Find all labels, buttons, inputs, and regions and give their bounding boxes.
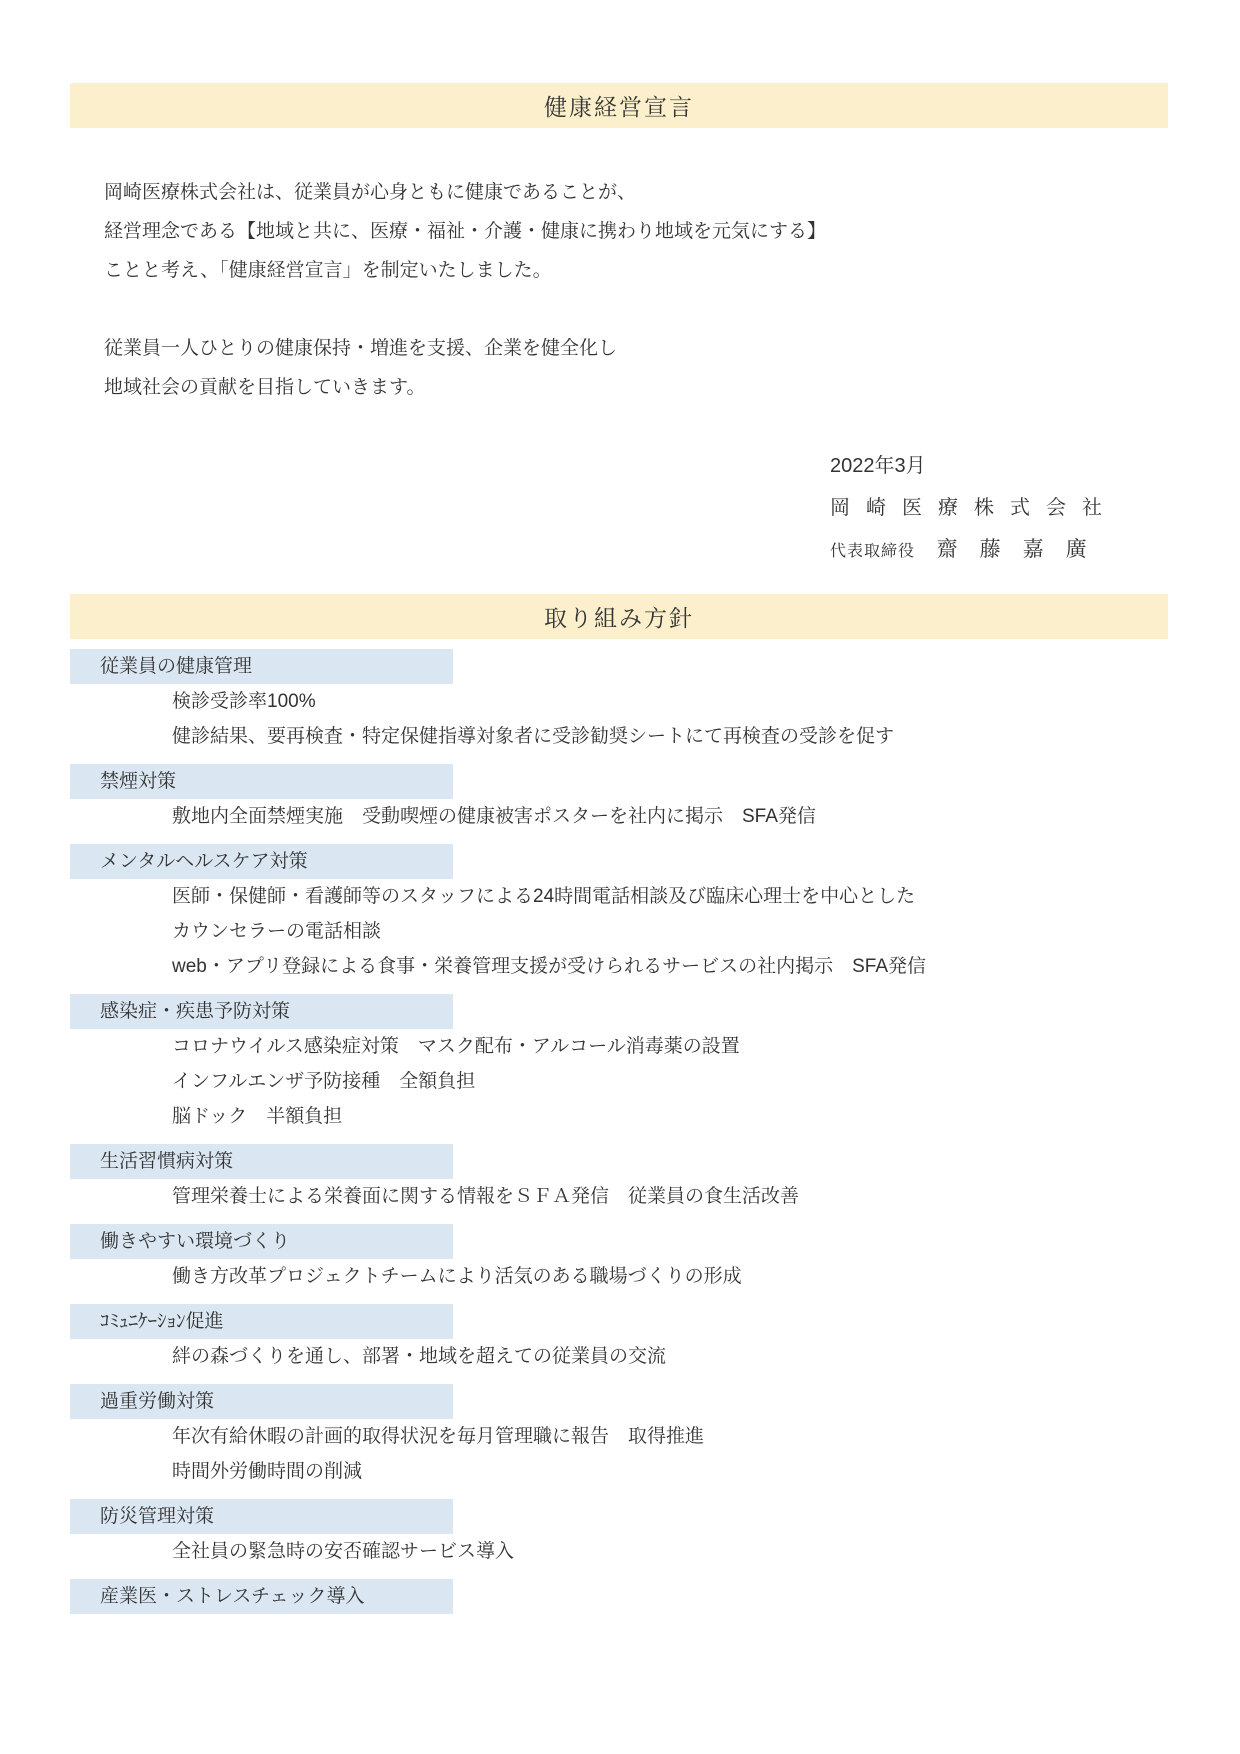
policy-section: 働きやすい環境づくり働き方改革プロジェクトチームにより活気のある職場づくりの形成: [70, 1224, 1240, 1294]
declaration-banner: 健康経営宣言: [70, 83, 1168, 128]
policy-section-item: 働き方改革プロジェクトチームにより活気のある職場づくりの形成: [172, 1259, 1240, 1294]
policy-section: 生活習慣病対策管理栄養士による栄養面に関する情報をＳＦＡ発信 従業員の食生活改善: [70, 1144, 1240, 1214]
policy-section-heading: ｺﾐｭﾆｹｰｼｮﾝ促進: [70, 1304, 453, 1339]
policy-section-item: 敷地内全面禁煙実施 受動喫煙の健康被害ポスターを社内に掲示 SFA発信: [172, 799, 1240, 834]
page: 健康経営宣言 岡崎医療株式会社は、従業員が心身ともに健康であることが、 経営理念…: [0, 0, 1240, 1754]
policy-section-item: 検診受診率100%: [172, 684, 1240, 719]
policy-section-item: web・アプリ登録による食事・栄養管理支援が受けられるサービスの社内掲示 SFA…: [172, 949, 1240, 984]
signature-role-line: 代表取締役 齋藤嘉廣: [830, 529, 1240, 573]
signature-role: 代表取締役: [830, 543, 915, 560]
policy-section: 過重労働対策年次有給休暇の計画的取得状況を毎月管理職に報告 取得推進時間外労働時…: [70, 1384, 1240, 1489]
policy-list: 従業員の健康管理検診受診率100%健診結果、要再検査・特定保健指導対象者に受診勧…: [70, 649, 1240, 1614]
policy-section-heading: 従業員の健康管理: [70, 649, 453, 684]
policy-section-heading: メンタルヘルスケア対策: [70, 844, 453, 879]
policy-banner: 取り組み方針: [70, 594, 1168, 639]
policy-section: 禁煙対策敷地内全面禁煙実施 受動喫煙の健康被害ポスターを社内に掲示 SFA発信: [70, 764, 1240, 834]
policy-section: 感染症・疾患予防対策コロナウイルス感染症対策 マスク配布・アルコール消毒薬の設置…: [70, 994, 1240, 1134]
policy-section-heading: 禁煙対策: [70, 764, 453, 799]
policy-section-item: 脳ドック 半額負担: [172, 1099, 1240, 1134]
declaration-line: ことと考え、「健康経営宣言」を制定いたしました。: [104, 260, 552, 281]
policy-section-item: インフルエンザ予防接種 全額負担: [172, 1064, 1240, 1099]
declaration-line: 岡崎医療株式会社は、従業員が心身ともに健康であることが、: [104, 182, 636, 203]
policy-section-item: 年次有給休暇の計画的取得状況を毎月管理職に報告 取得推進: [172, 1419, 1240, 1454]
policy-section-item: 絆の森づくりを通し、部署・地域を超えての従業員の交流: [172, 1339, 1240, 1374]
signature-company-name: 岡崎医療株式会社: [830, 487, 1240, 529]
policy-section-item: 時間外労働時間の削減: [172, 1454, 1240, 1489]
signature-date: 2022年3月: [830, 445, 1240, 487]
policy-section-item: カウンセラーの電話相談: [172, 914, 1240, 949]
policy-section-item: コロナウイルス感染症対策 マスク配布・アルコール消毒薬の設置: [172, 1029, 1240, 1064]
declaration-paragraph-1: 岡崎医療株式会社は、従業員が心身ともに健康であることが、 経営理念である【地域と…: [104, 173, 1180, 290]
policy-section: 従業員の健康管理検診受診率100%健診結果、要再検査・特定保健指導対象者に受診勧…: [70, 649, 1240, 754]
policy-section-item: 医師・保健師・看護師等のスタッフによる24時間電話相談及び臨床心理士を中心とした: [172, 879, 1240, 914]
policy-banner-title: 取り組み方針: [544, 600, 694, 633]
declaration-line: 地域社会の貢献を目指していきます。: [104, 377, 425, 398]
policy-section-heading: 感染症・疾患予防対策: [70, 994, 453, 1029]
policy-section-heading: 過重労働対策: [70, 1384, 453, 1419]
policy-section-heading: 生活習慣病対策: [70, 1144, 453, 1179]
policy-section-item: 全社員の緊急時の安否確認サービス導入: [172, 1534, 1240, 1569]
policy-section-heading: 防災管理対策: [70, 1499, 453, 1534]
policy-section-heading: 産業医・ストレスチェック導入: [70, 1579, 453, 1614]
declaration-line: 従業員一人ひとりの健康保持・増進を支援、企業を健全化し: [104, 338, 617, 359]
policy-section: メンタルヘルスケア対策医師・保健師・看護師等のスタッフによる24時間電話相談及び…: [70, 844, 1240, 984]
declaration-text: 岡崎医療株式会社は、従業員が心身ともに健康であることが、 経営理念である【地域と…: [104, 173, 1180, 407]
declaration-banner-title: 健康経営宣言: [544, 89, 694, 122]
policy-section: 産業医・ストレスチェック導入: [70, 1579, 1240, 1614]
policy-section: 防災管理対策全社員の緊急時の安否確認サービス導入: [70, 1499, 1240, 1569]
policy-section: ｺﾐｭﾆｹｰｼｮﾝ促進絆の森づくりを通し、部署・地域を超えての従業員の交流: [70, 1304, 1240, 1374]
policy-section-heading: 働きやすい環境づくり: [70, 1224, 453, 1259]
policy-section-item: 健診結果、要再検査・特定保健指導対象者に受診勧奨シートにて再検査の受診を促す: [172, 719, 1240, 754]
policy-section-item: 管理栄養士による栄養面に関する情報をＳＦＡ発信 従業員の食生活改善: [172, 1179, 1240, 1214]
signature-person-name: 齋藤嘉廣: [937, 538, 1109, 561]
declaration-line: 経営理念である【地域と共に、医療・福祉・介護・健康に携わり地域を元気にする】: [104, 221, 826, 242]
signature-block: 2022年3月 岡崎医療株式会社 代表取締役 齋藤嘉廣: [830, 445, 1240, 573]
declaration-paragraph-2: 従業員一人ひとりの健康保持・増進を支援、企業を健全化し 地域社会の貢献を目指して…: [104, 329, 1180, 407]
